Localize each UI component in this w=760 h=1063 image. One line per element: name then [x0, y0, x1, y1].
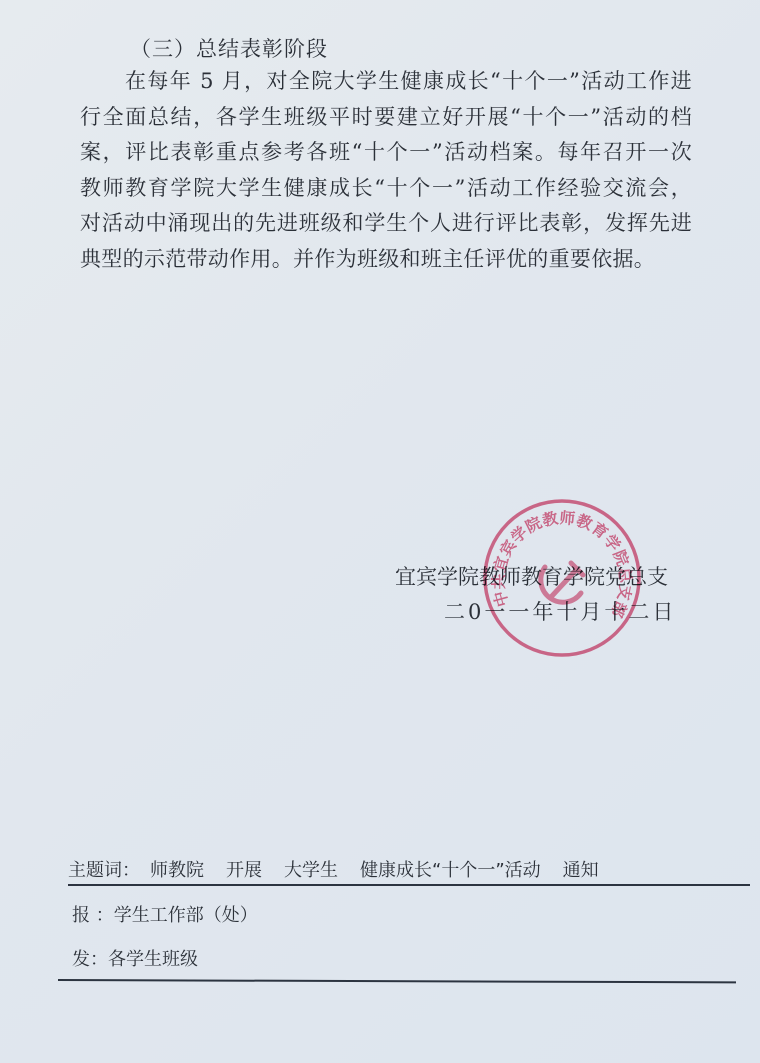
paragraph-line: 案，评比表彰重点参考各班“十个一”活动档案。每年召开一次 — [80, 135, 692, 171]
subject-keywords: 主题词：师教院开展大学生健康成长“十个一”活动通知 — [68, 856, 750, 886]
keyword: 大学生 — [284, 860, 338, 881]
document-page: （三）总结表彰阶段 在每年 5 月，对全院大学生健康成长“十个一”活动工作进 行… — [0, 0, 760, 1063]
send-to-line: 发：各学生班级 — [72, 945, 198, 971]
paragraph-line: 在每年 5 月，对全院大学生健康成长“十个一”活动工作进 — [80, 64, 692, 100]
keywords-label: 主题词： — [68, 860, 140, 881]
report-to-line: 报 ：学生工作部（处） — [72, 901, 258, 927]
footer-divider — [58, 979, 736, 983]
section-heading: （三）总结表彰阶段 — [130, 33, 328, 63]
party-emblem-icon — [541, 563, 583, 602]
paragraph-line: 典型的示范带动作用。并作为班级和班主任评优的重要依据。 — [80, 242, 692, 278]
paragraph-line: 对活动中涌现出的先进班级和学生个人进行评比表彰，发挥先进 — [80, 206, 692, 242]
keyword: 开展 — [226, 860, 262, 881]
keyword: 通知 — [563, 860, 599, 881]
keyword: 师教院 — [150, 860, 204, 881]
paragraph-line: 教师教育学院大学生健康成长“十个一”活动工作经验交流会， — [80, 171, 692, 207]
body-paragraph: 在每年 5 月，对全院大学生健康成长“十个一”活动工作进 行全面总结，各学生班级… — [80, 64, 692, 277]
paragraph-line: 行全面总结，各学生班级平时要建立好开展“十个一”活动的档 — [80, 100, 692, 136]
keyword: 健康成长“十个一”活动 — [360, 860, 541, 881]
official-seal-icon: 中共宜宾学院教师教育学院总支部委员会 — [481, 497, 643, 659]
